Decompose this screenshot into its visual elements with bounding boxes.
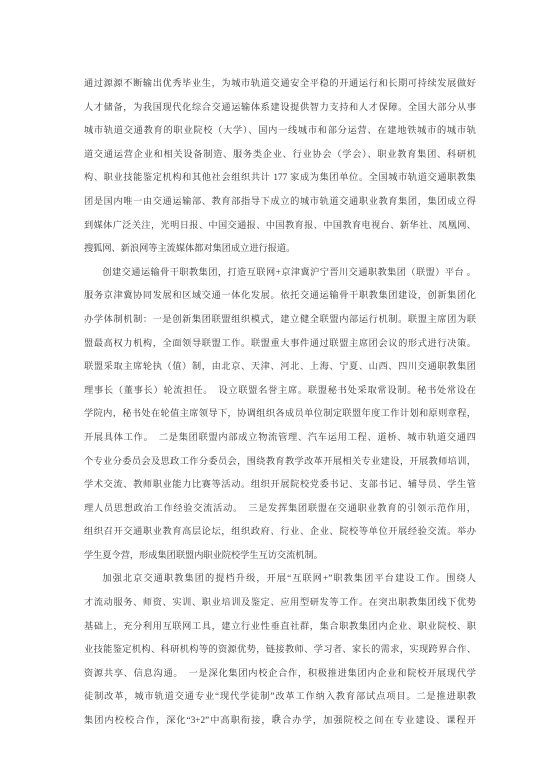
- text-line: 搜狐网、新浪网等主流媒体都对集团成立进行报道。: [84, 237, 476, 261]
- text-line: 人才储备，为我国现代化综合交通运输体系建设提供智力支持和人才保障。全国大部分从事: [84, 96, 476, 120]
- text-line: 构、职业技能鉴定机构和其他社会组织共计 177 家成为集团单位。全国城市轨道交通…: [84, 166, 476, 190]
- text-line: 学生夏令营，形成集团联盟内职业院校学生互访交流机制。: [84, 544, 476, 568]
- text-line: 才流动服务、师资、实训、职业培训及鉴定、应用型研发等工作。在突出职教集团线下优势: [84, 591, 476, 615]
- text-line: 理人员思想政治工作经验交流活动。 三是发挥集团联盟在交通职业教育的引领示范作用，: [84, 497, 476, 521]
- text-line: 盟最高权力机构，全面领导联盟工作。联盟重大事件通过联盟主席团会议的形式进行决策。: [84, 332, 476, 356]
- text-line: 学术交流、教师职业能力比赛等活动。组织开展院校党委书记、支部书记、辅导员、学生管: [84, 473, 476, 497]
- document-body: 通过源源不断输出优秀毕业生，为城市轨道交通安全平稳的开通运行和长期可持续发展做好…: [84, 72, 476, 733]
- text-line: 业技能鉴定机构、科研机构等的资源优势，链接教师、学习者、家长的需求，实现跨界合作…: [84, 638, 476, 662]
- text-line: 基础上，充分利用互联网工具，建立行业性垂直社群，集合职教集团内企业、职业院校、职: [84, 615, 476, 639]
- page-number: 5: [0, 712, 554, 726]
- text-line: 道交通运营企业和相关设备制造、服务类企业、行业协会（学会）、职业教育集团、科研机: [84, 143, 476, 167]
- text-line: 到媒体广泛关注，光明日报、中国交通报、中国教育报、中国教育电视台、新华社、凤凰网…: [84, 214, 476, 238]
- text-line: 资源共享、信息沟通。 一是深化集团内校企合作，积极推进集团内企业和院校开展现代学: [84, 662, 476, 686]
- text-line: 服务京津冀协同发展和区域交通一体化发展。依托交通运输骨干职教集团建设，创新集团化: [84, 284, 476, 308]
- text-line: 个专业分委员会及思政工作分委员会，围绕教育教学改革开展相关专业建设，开展教师培训…: [84, 450, 476, 474]
- text-line: 创建交通运输骨干职教集团，打造互联网+京津冀沪宁晋川交通职教集团（联盟）平台 。: [84, 261, 476, 285]
- text-line: 加强北京交通职教集团的提档升级，开展“互联网+”职教集团平台建设工作。围绕人: [84, 567, 476, 591]
- document-page: 通过源源不断输出优秀毕业生，为城市轨道交通安全平稳的开通运行和长期可持续发展做好…: [0, 0, 554, 784]
- text-line: 徒制改革，城市轨道交通专业“现代学徒制”改革工作纳入教育部试点项目。二是推进职教: [84, 685, 476, 709]
- text-line: 联盟采取主席轮执（值）制，由北京、天津、河北、上海、宁夏、山西、四川交通职教集团: [84, 355, 476, 379]
- text-line: 理事长（董事长）轮流担任。 设立联盟名誉主席。联盟秘书处采取常设制。秘书处常设在: [84, 379, 476, 403]
- text-line: 学院内，秘书处在轮值主席领导下，协调组织各成员单位制定联盟年度工作计划和原则章程…: [84, 402, 476, 426]
- text-line: 城市轨道交通教育的职业院校（大学）、国内一线城市和部分运营、在建地铁城市的城市轨: [84, 119, 476, 143]
- text-line: 组织召开交通职业教育高层论坛，组织政府、行业、企业、院校等单位开展经验交流。举办: [84, 520, 476, 544]
- text-line: 开展具体工作。 二是集团联盟内部成立物流管理、汽车运用工程、道桥、城市轨道交通四: [84, 426, 476, 450]
- text-line: 通过源源不断输出优秀毕业生，为城市轨道交通安全平稳的开通运行和长期可持续发展做好: [84, 72, 476, 96]
- text-line: 办学体制机制：一是创新集团联盟组织模式，建立健全联盟内部运行机制。联盟主席团为联: [84, 308, 476, 332]
- text-line: 团是国内唯一由交通运输部、教育部指导下成立的城市轨道交通职业教育集团，集团成立得: [84, 190, 476, 214]
